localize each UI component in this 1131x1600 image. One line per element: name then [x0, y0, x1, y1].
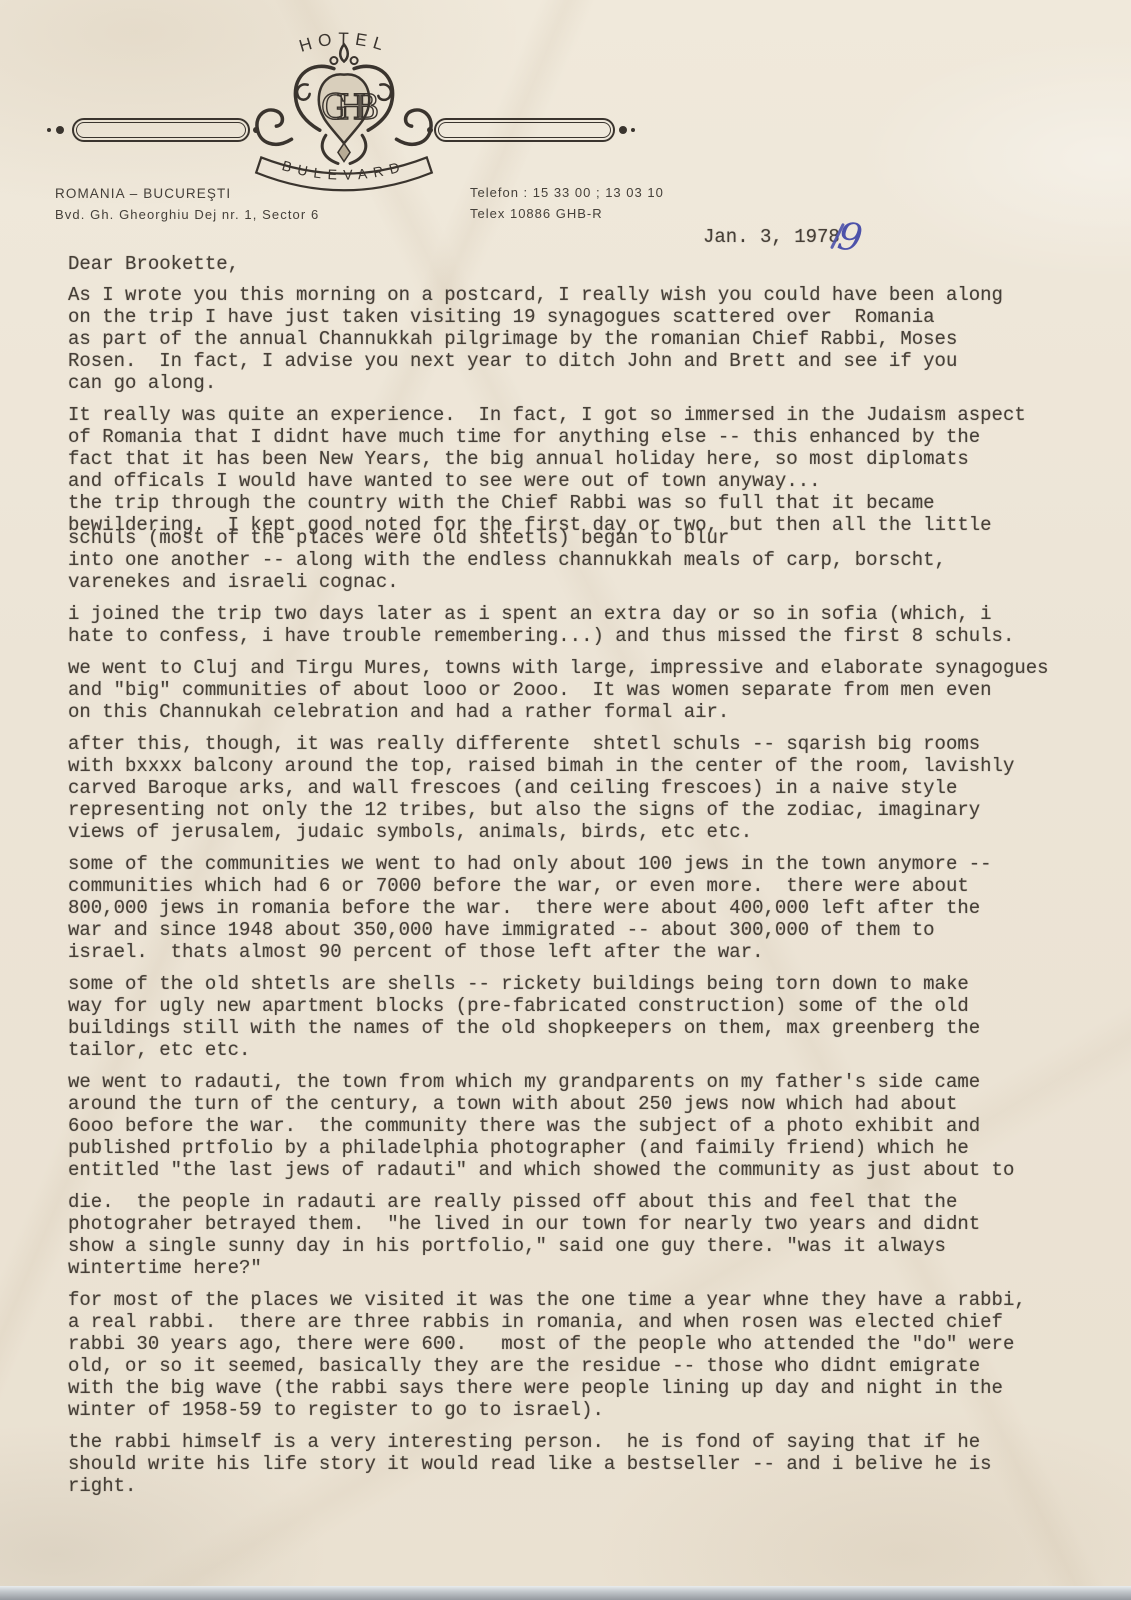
letter-line: right. [68, 1475, 1088, 1497]
letter-line: some of the old shtetls are shells -- ri… [68, 973, 1088, 995]
letter-line: die. the people in radauti are really pi… [68, 1191, 1088, 1213]
letter-line: with the big wave (the rabbi says there … [68, 1377, 1088, 1399]
paragraph: we went to radauti, the town from which … [68, 1071, 1088, 1181]
typed-date: Jan. 3, 197 [703, 226, 828, 248]
letter-line: way for ugly new apartment blocks (pre-f… [68, 995, 1088, 1017]
letter-line: As I wrote you this morning on a postcar… [68, 284, 1088, 306]
telefon-line: Telefon : 15 33 00 ; 13 03 10 [470, 182, 664, 203]
paragraph: some of the old shtetls are shells -- ri… [68, 973, 1088, 1061]
letter-line: entitled "the last jews of radauti" and … [68, 1159, 1088, 1181]
letter-line: into one another -- along with the endle… [68, 549, 1088, 571]
rule-end-dot [619, 126, 627, 134]
letter-line: views of jerusalem, judaic symbols, anim… [68, 821, 1088, 843]
salutation: Dear Brookette, [68, 252, 1088, 276]
rule-junction-dot [253, 127, 259, 133]
letter-line: and "big" communities of about looo or 2… [68, 679, 1088, 701]
letter-line: It really was quite an experience. In fa… [68, 404, 1088, 426]
letter-line: communities which had 6 or 7000 before t… [68, 875, 1088, 897]
letter-line: buildings still with the names of the ol… [68, 1017, 1088, 1039]
letter-line: some of the communities we went to had o… [68, 853, 1088, 875]
letter-line: israel. thats almost 90 percent of those… [68, 941, 1088, 963]
letter-line: of Romania that I didnt have much time f… [68, 426, 1088, 448]
rule-end-dot [56, 126, 64, 134]
scan-edge [0, 1586, 1131, 1600]
paragraph: we went to Cluj and Tirgu Mures, towns w… [68, 657, 1088, 723]
scanned-letter-page: GHB BULEVARD HOTEL ROMANIA – BUCUREŞTI B… [0, 0, 1131, 1600]
letter-line: for most of the places we visited it was… [68, 1289, 1088, 1311]
letter-paper: GHB BULEVARD HOTEL ROMANIA – BUCUREŞTI B… [0, 0, 1131, 1586]
letter-line: on the trip I have just taken visiting 1… [68, 306, 1088, 328]
rule-end-dot [631, 128, 635, 132]
letter-line: as part of the annual Channukkah pilgrim… [68, 328, 1088, 350]
letter-line: 800,000 jews in romania before the war. … [68, 897, 1088, 919]
paragraph: i joined the trip two days later as i sp… [68, 603, 1088, 647]
rule-junction-dot [427, 127, 433, 133]
letter-line: on this Channukah celebration and had a … [68, 701, 1088, 723]
letter-line: a real rabbi. there are three rabbis in … [68, 1311, 1088, 1333]
letter-line: tailor, etc etc. [68, 1039, 1088, 1061]
letter-line: can go along. [68, 372, 1088, 394]
letterhead-rule-left [72, 118, 250, 142]
letter-line: rabbi 30 years ago, there were 600. most… [68, 1333, 1088, 1355]
address-line2: Bvd. Gh. Gheorghiu Dej nr. 1, Sector 6 [55, 204, 319, 225]
letter-line: wintertime here?" [68, 1257, 1088, 1279]
letter-line: with bxxxx balcony around the top, raise… [68, 755, 1088, 777]
letter-line: published prtfolio by a philadelphia pho… [68, 1137, 1088, 1159]
letter-line: hate to confess, i have trouble remember… [68, 625, 1088, 647]
letter-line: we went to Cluj and Tirgu Mures, towns w… [68, 657, 1088, 679]
letter-line: Rosen. In fact, I advise you next year t… [68, 350, 1088, 372]
paragraph: for most of the places we visited it was… [68, 1289, 1088, 1421]
letter-line: i joined the trip two days later as i sp… [68, 603, 1088, 625]
letter-line: 6ooo before the war. the community there… [68, 1115, 1088, 1137]
letter-line: should write his life story it would rea… [68, 1453, 1088, 1475]
letter-line: the trip through the country with the Ch… [68, 492, 1088, 514]
letter-line: the rabbi himself is a very interesting … [68, 1431, 1088, 1453]
letter-line: fact that it has been New Years, the big… [68, 448, 1088, 470]
hotel-label: HOTEL [297, 28, 392, 56]
letter-line: and officals I would have wanted to see … [68, 470, 1088, 492]
address-line1: ROMANIA – BUCUREŞTI [55, 183, 319, 204]
rule-end-dot [47, 128, 51, 132]
telex-line: Telex 10886 GHB-R [470, 203, 664, 224]
letter-line: varenekes and israeli cognac. [68, 571, 1088, 593]
hotel-address-block: ROMANIA – BUCUREŞTI Bvd. Gh. Gheorghiu D… [55, 183, 319, 225]
hotel-crest-icon: GHB BULEVARD HOTEL [237, 18, 451, 200]
letter-line: after this, though, it was really differ… [68, 733, 1088, 755]
letter-line: carved Baroque arks, and wall frescoes (… [68, 777, 1088, 799]
letter-line: around the turn of the century, a town w… [68, 1093, 1088, 1115]
paragraph: It really was quite an experience. In fa… [68, 404, 1088, 593]
letter-line: we went to radauti, the town from which … [68, 1071, 1088, 1093]
letter-body: Dear Brookette, As I wrote you this morn… [68, 252, 1088, 1507]
handwritten-year-digit: 9 [836, 225, 863, 249]
paragraph: after this, though, it was really differ… [68, 733, 1088, 843]
hotel-contact-block: Telefon : 15 33 00 ; 13 03 10 Telex 1088… [470, 182, 664, 224]
paragraph: die. the people in radauti are really pi… [68, 1191, 1088, 1279]
paragraph: As I wrote you this morning on a postcar… [68, 284, 1088, 394]
paragraph: some of the communities we went to had o… [68, 853, 1088, 963]
paragraph: the rabbi himself is a very interesting … [68, 1431, 1088, 1497]
date-line: Jan. 3, 19789 [703, 226, 862, 248]
letterhead-rule-right [434, 118, 615, 142]
letter-line: winter of 1958-59 to register to go to i… [68, 1399, 1088, 1421]
letter-line: representing not only the 12 tribes, but… [68, 799, 1088, 821]
letter-line: war and since 1948 about 350,000 have im… [68, 919, 1088, 941]
letter-line: old, or so it seemed, basically they are… [68, 1355, 1088, 1377]
letter-line: photograher betrayed them. "he lived in … [68, 1213, 1088, 1235]
letter-line: show a single sunny day in his portfolio… [68, 1235, 1088, 1257]
